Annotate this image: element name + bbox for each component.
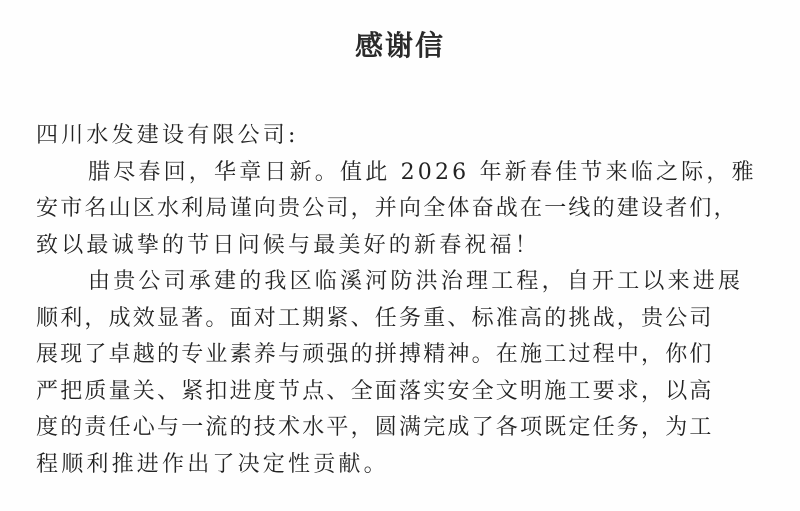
paragraph-1-line-3: 致以最诚挚的节日问候与最美好的新春祝福！ (36, 228, 776, 265)
salutation: 四川水发建设有限公司: (36, 118, 776, 155)
paragraph-2-line-1: 由贵公司承建的我区临溪河防洪治理工程，自开工以来进展 (36, 264, 776, 301)
letter-page: 感谢信 四川水发建设有限公司: 腊尽春回，华章日新。值此 2026 年新春佳节来… (0, 0, 800, 511)
paragraph-2-line-5: 度的责任心与一流的技术水平，圆满完成了各项既定任务，为工 (36, 410, 776, 447)
paragraph-1-line-2: 安市名山区水利局谨向贵公司，并向全体奋战在一线的建设者们， (36, 191, 776, 228)
paragraph-2-line-4: 严把质量关、紧扣进度节点、全面落实安全文明施工要求，以高 (36, 374, 776, 411)
letter-body: 四川水发建设有限公司: 腊尽春回，华章日新。值此 2026 年新春佳节来临之际，… (36, 118, 776, 483)
document-title: 感谢信 (0, 24, 800, 64)
paragraph-1-line-1: 腊尽春回，华章日新。值此 2026 年新春佳节来临之际，雅 (36, 155, 776, 192)
paragraph-2-line-6: 程顺利推进作出了决定性贡献。 (36, 447, 776, 484)
paragraph-2-line-3: 展现了卓越的专业素养与顽强的拼搏精神。在施工过程中，你们 (36, 337, 776, 374)
paragraph-2-line-2: 顺利，成效显著。面对工期紧、任务重、标准高的挑战，贵公司 (36, 301, 776, 338)
